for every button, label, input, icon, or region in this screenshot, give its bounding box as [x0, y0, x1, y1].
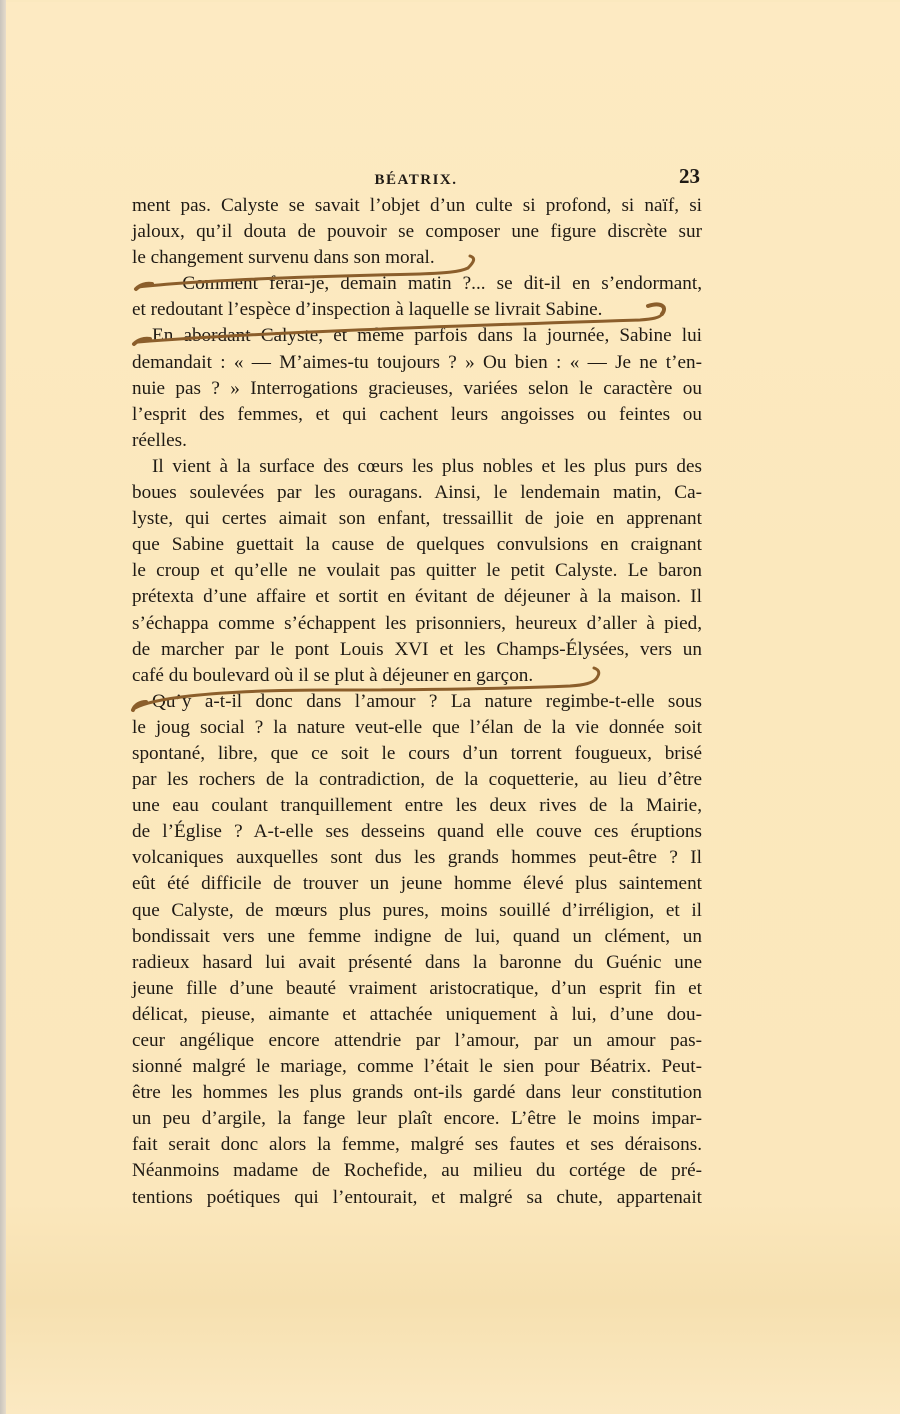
text-line: l’esprit des femmes, et qui cachent leur…	[132, 402, 702, 428]
text-line: que Sabine guettait la cause de quelques…	[132, 532, 702, 558]
text-line: Néanmoins madame de Rochefide, au milieu…	[132, 1158, 702, 1184]
text-line: ceur angélique encore attendrie par l’am…	[132, 1028, 702, 1054]
text-line: s’échappa comme s’échappent les prisonni…	[132, 611, 702, 637]
text-line: Qu’y a-t-il donc dans l’amour ? La natur…	[132, 689, 702, 715]
page-number: 23	[679, 164, 700, 189]
text-line: sionné malgré le mariage, comme l’était …	[132, 1054, 702, 1080]
text-line: que Calyste, de mœurs plus pures, moins …	[132, 898, 702, 924]
text-line: réelles.	[132, 428, 702, 454]
text-line: lyste, qui certes aimait son enfant, tre…	[132, 506, 702, 532]
text-line: être les hommes les plus grands ont-ils …	[132, 1080, 702, 1106]
text-line: le croup et qu’elle ne voulait pas quitt…	[132, 558, 702, 584]
page-header: BÉATRIX. 23	[132, 164, 700, 190]
text-line: le changement survenu dans son moral.	[132, 245, 702, 271]
text-line: — Comment ferai-je, demain matin ?... se…	[132, 271, 702, 297]
text-line: café du boulevard où il se plut à déjeun…	[132, 663, 702, 689]
text-line: jaloux, qu’il douta de pouvoir se compos…	[132, 219, 702, 245]
running-title: BÉATRIX.	[132, 172, 700, 189]
text-line: le joug social ? la nature veut-elle que…	[132, 715, 702, 741]
text-line: Il vient à la surface des cœurs les plus…	[132, 454, 702, 480]
text-line: radieux hasard lui avait présenté dans l…	[132, 950, 702, 976]
text-line: de marcher par le pont Louis XVI et les …	[132, 637, 702, 663]
text-line: par les rochers de la contradiction, de …	[132, 767, 702, 793]
text-line: de l’Église ? A-t-elle ses desseins quan…	[132, 819, 702, 845]
text-line: boues soulevées par les ouragans. Ainsi,…	[132, 480, 702, 506]
text-line: délicat, pieuse, aimante et attachée uni…	[132, 1002, 702, 1028]
text-line: fait serait donc alors la femme, malgré …	[132, 1132, 702, 1158]
body-text: ment pas. Calyste se savait l’objet d’un…	[132, 193, 702, 1211]
text-line: eût été difficile de trouver un jeune ho…	[132, 871, 702, 897]
text-line: un peu d’argile, la fange leur plaît enc…	[132, 1106, 702, 1132]
text-line: En abordant Calyste, et même parfois dan…	[132, 323, 702, 349]
text-line: bondissait vers une femme indigne de lui…	[132, 924, 702, 950]
text-line: nuie pas ? » Interrogations gracieuses, …	[132, 376, 702, 402]
text-line: et redoutant l’espèce d’inspection à laq…	[132, 297, 702, 323]
text-line: une eau coulant tranquillement entre les…	[132, 793, 702, 819]
text-line: jeune fille d’une beauté vraiment aristo…	[132, 976, 702, 1002]
text-line: demandait : « — M’aimes-tu toujours ? » …	[132, 350, 702, 376]
text-line: ment pas. Calyste se savait l’objet d’un…	[132, 193, 702, 219]
text-line: prétexta d’une affaire et sortit en évit…	[132, 584, 702, 610]
text-line: volcaniques auxquelles sont dus les gran…	[132, 845, 702, 871]
text-line: spontané, libre, que ce soit le cours d’…	[132, 741, 702, 767]
text-line: tentions poétiques qui l’entourait, et m…	[132, 1185, 702, 1211]
